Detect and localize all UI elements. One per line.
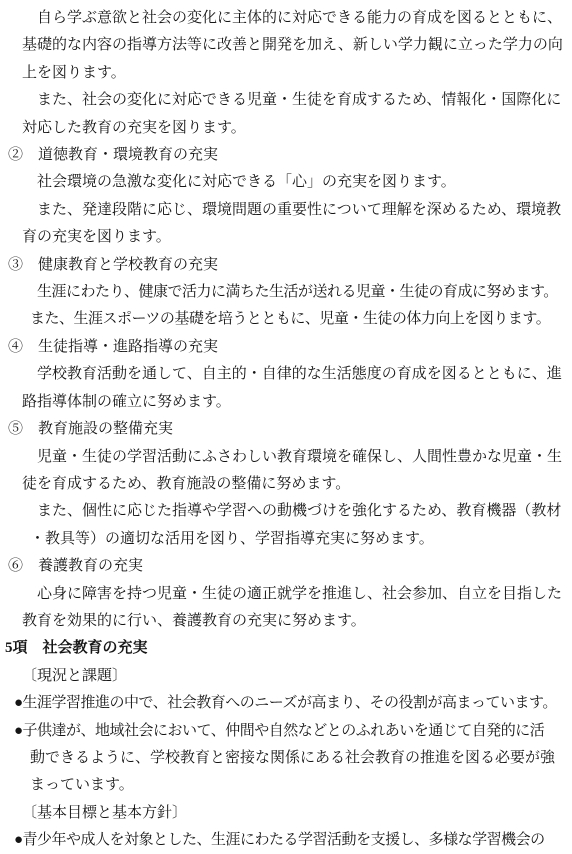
text-line: 基礎的な内容の指導方法等に改善と開発を加え、新しい学力観に立った学力の向: [22, 32, 570, 59]
text-line: 社会環境の急激な変化に対応できる「心」の充実を図ります。: [22, 169, 570, 196]
text-line: 自ら学ぶ意欲と社会の変化に主体的に対応できる能力の育成を図るとともに、: [22, 5, 570, 32]
text-line: 上を図ります。: [22, 60, 570, 87]
text-line: また、発達段階に応じ、環境問題の重要性について理解を深めるため、環境教: [22, 197, 570, 224]
text-line: 児童・生徒の学習活動にふさわしい教育環境を確保し、人間性豊かな児童・生: [22, 444, 570, 471]
text-line: 教育を効果的に行い、養護教育の充実に努めます。: [22, 608, 570, 635]
text-line: ・教具等）の適切な活用を図り、学習指導充実に努めます。: [30, 526, 570, 553]
text-line: ●子供達が、地域社会において、仲間や自然などとのふれあいを通じて自発的に活: [14, 718, 570, 745]
text-line: また、社会の変化に対応できる児童・生徒を育成するため、情報化・国際化に: [22, 87, 570, 114]
document-body: 自ら学ぶ意欲と社会の変化に主体的に対応できる能力の育成を図るとともに、基礎的な内…: [22, 5, 570, 854]
text-line: 心身に障害を持つ児童・生徒の適正就学を推進し、社会参加、自立を目指した: [22, 581, 570, 608]
text-line: ⑤ 教育施設の整備充実: [8, 416, 570, 443]
text-line: ③ 健康教育と学校教育の充実: [8, 252, 570, 279]
text-line: 〔現況と課題〕: [22, 663, 570, 690]
text-line: また、個性に応じた指導や学習への動機づけを強化するため、教育機器（教材: [22, 498, 570, 525]
text-line: 5項 社会教育の充実: [5, 635, 570, 662]
text-line: 生涯にわたり、健康で活力に満ちた生活が送れる児童・生徒の育成に努めます。: [22, 279, 570, 306]
text-line: ●生涯学習推進の中で、社会教育へのニーズが高まり、その役割が高まっています。: [14, 690, 570, 717]
text-line: 徒を育成するため、教育施設の整備に努めます。: [22, 471, 570, 498]
text-line: 対応した教育の充実を図ります。: [22, 115, 570, 142]
document-page: 自ら学ぶ意欲と社会の変化に主体的に対応できる能力の育成を図るとともに、基礎的な内…: [0, 0, 572, 854]
text-line: 〔基本目標と基本方針〕: [22, 800, 570, 827]
text-line: ⑥ 養護教育の充実: [8, 553, 570, 580]
text-line: ② 道徳教育・環境教育の充実: [8, 142, 570, 169]
text-line: まっています。: [30, 772, 570, 799]
text-line: 路指導体制の確立に努めます。: [22, 389, 570, 416]
text-line: ●青少年や成人を対象とした、生涯にわたる学習活動を支援し、多様な学習機会の: [14, 827, 570, 854]
text-line: また、生涯スポーツの基礎を培うとともに、児童・生徒の体力向上を図ります。: [30, 306, 570, 333]
text-line: ④ 生徒指導・進路指導の充実: [8, 334, 570, 361]
text-line: 育の充実を図ります。: [22, 224, 570, 251]
text-line: 学校教育活動を通して、自主的・自律的な生活態度の育成を図るとともに、進: [22, 361, 570, 388]
text-line: 動できるように、学校教育と密接な関係にある社会教育の推進を図る必要が強: [30, 745, 570, 772]
